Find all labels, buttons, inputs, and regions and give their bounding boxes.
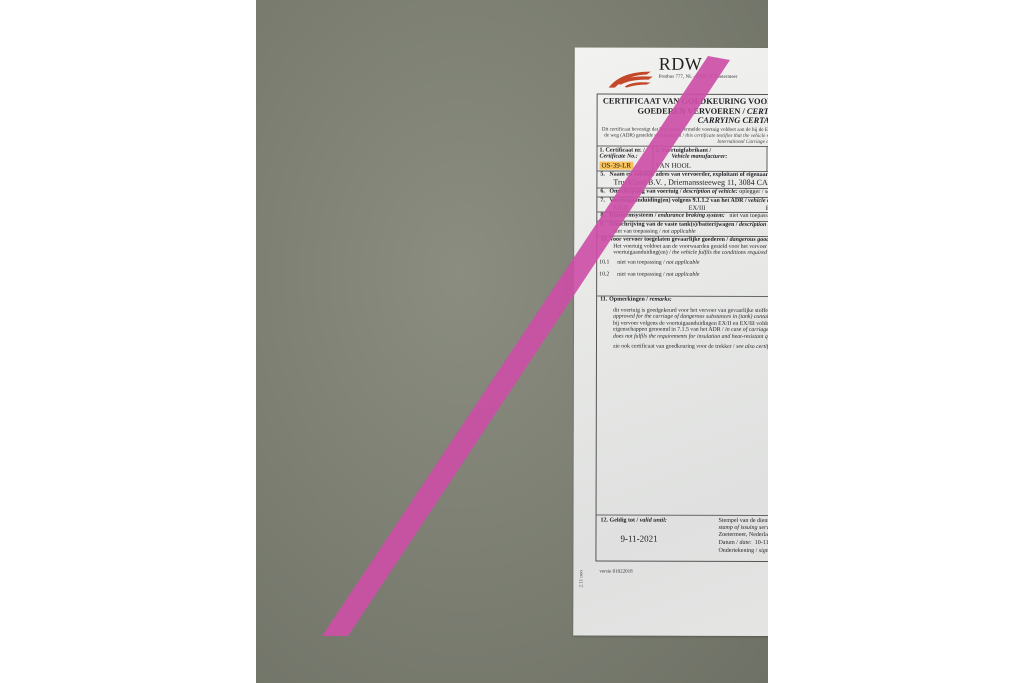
field-remarks: 11.Opmerkingen / remarks: dit voertuig i… (596, 295, 768, 534)
designation: EX/III (688, 204, 705, 211)
sub-item-10-2: 10.2niet van toepassing / not applicable (597, 268, 768, 281)
field-valid-until: 12. Geldig tot / valid until: 9-11-2021 (596, 516, 714, 561)
certificate-title: CERTIFICAAT VAN GOEDKEURING VOOR VOERTUI… (598, 95, 768, 126)
certificate-document: RDW Postbus 777, NL - 2700 AT Zoetermeer… (573, 47, 768, 636)
remark-3: zie ook certificaat van goedkeuring voor… (597, 344, 768, 352)
valid-until-value: 9-11-2021 (620, 534, 710, 544)
carrier-value: Truckland B.V. , Driemanssteeweg 11, 308… (597, 178, 768, 186)
intro-text: Dit certificaat bevestigt dat het hierna… (598, 125, 768, 146)
field-manufacturer: 2. Voertuigfabrikant / Vehicle manufactu… (653, 146, 767, 170)
issuing-service: Stempel van de dienst die het certificaa… (714, 516, 768, 562)
manufacturer-value: VAN HOOL (655, 162, 764, 169)
field-dangerous-goods: 10.Voor vervoer toegelaten gevaarlijke g… (597, 235, 768, 296)
side-code: 2.11 ooo (579, 570, 584, 587)
validity-and-signature: 12. Geldig tot / valid until: 9-11-2021 … (596, 515, 768, 562)
sub-item-10-1: 10.1niet van toepassing / not applicable (597, 256, 768, 269)
org-address: Postbus 777, NL - 2700 AT Zoetermeer (659, 75, 738, 80)
field-vin: 3. Voertuigidentificatienr. / Vehicle Id… (767, 146, 768, 170)
certificate-no-value: OS-39-LR (599, 161, 633, 169)
photo-background: RDW Postbus 777, NL - 2700 AT Zoetermeer… (256, 0, 768, 683)
rdw-logo-icon (607, 68, 655, 90)
version-label: versie 01022018 (599, 570, 632, 575)
certificate-frame: CERTIFICAAT VAN GOEDKEURING VOOR VOERTUI… (595, 94, 768, 563)
field-fixed-tank: 9.Omschrijving van de vaste tank(s)/batt… (597, 220, 768, 236)
remark-2: bij vervoer volgens de voertuigaanduidin… (597, 320, 768, 341)
field-carrier: 5.Naam en zakelijk adres van vervoerder,… (597, 170, 768, 188)
field-certificate-no: 1. Certificaat nr. / Certificate No.: OS… (597, 146, 653, 170)
remark-1: dit voertuig is goedgekeurd voor het ver… (597, 307, 768, 321)
issue-date: 10-11-2020 (755, 540, 768, 546)
designation: FL (766, 204, 768, 211)
field-designations: 7.Voertuigaanduiding(en) volgens 9.1.1.2… (597, 196, 768, 212)
row-identification: 1. Certificaat nr. / Certificate No.: OS… (597, 145, 768, 171)
org-name: RDW (659, 54, 703, 75)
designation: EX/II (613, 204, 628, 211)
